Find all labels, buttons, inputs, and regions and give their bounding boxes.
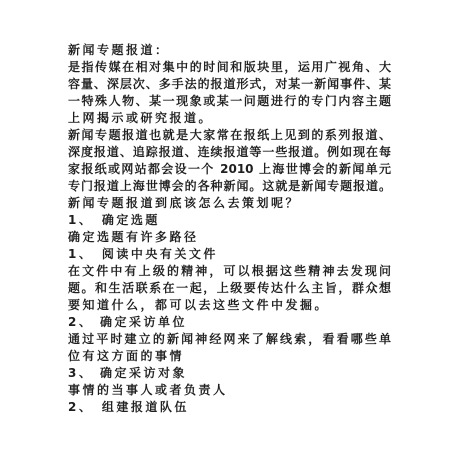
text-line: 容量、深层次、多手法的报道形式，对某一新闻事件、某	[68, 76, 391, 93]
text-line: 位有这方面的事情	[68, 348, 391, 365]
text-line: 2、 确定采访单位	[68, 314, 391, 331]
text-line: 事情的当事人或者负责人	[68, 382, 391, 399]
text-line: 通过平时建立的新闻神经网来了解线索，看看哪些单	[68, 331, 391, 348]
document-page: 新闻专题报道：是指传媒在相对集中的时间和版块里，运用广视角、大容量、深层次、多手…	[0, 0, 452, 452]
text-line: 在文件中有上级的精神，可以根据这些精神去发现问	[68, 263, 391, 280]
text-line: 是指传媒在相对集中的时间和版块里，运用广视角、大	[68, 59, 391, 76]
text-line: 1、 确定选题	[68, 212, 391, 229]
text-line: 1、 阅读中央有关文件	[68, 246, 391, 263]
text-line: 题。和生活联系在一起，上级要传达什么主旨，群众想	[68, 280, 391, 297]
text-line: 专门报道上海世博会的各种新闻。这就是新闻专题报道。	[68, 178, 391, 195]
text-line: 2、 组建报道队伍	[68, 399, 391, 416]
text-line: 确定选题有许多路径	[68, 229, 391, 246]
text-line: 新闻专题报道到底该怎么去策划呢？	[68, 195, 391, 212]
text-line: 要知道什么，都可以去这些文件中发掘。	[68, 297, 391, 314]
text-line: 深度报道、追踪报道、连续报道等一些报道。例如现在每	[68, 144, 391, 161]
text-line: 新闻专题报道也就是大家常在报纸上见到的系列报道、	[68, 127, 391, 144]
text-line: 一特殊人物、某一现象或某一问题进行的专门内容主题	[68, 93, 391, 110]
text-line: 家报纸或网站都会设一个 2010 上海世博会的新闻单元	[68, 161, 391, 178]
text-line: 3、 确定采访对象	[68, 365, 391, 382]
text-line: 新闻专题报道：	[68, 42, 391, 59]
text-line: 上网揭示或研究报道。	[68, 110, 391, 127]
text-block: 新闻专题报道：是指传媒在相对集中的时间和版块里，运用广视角、大容量、深层次、多手…	[68, 42, 391, 416]
